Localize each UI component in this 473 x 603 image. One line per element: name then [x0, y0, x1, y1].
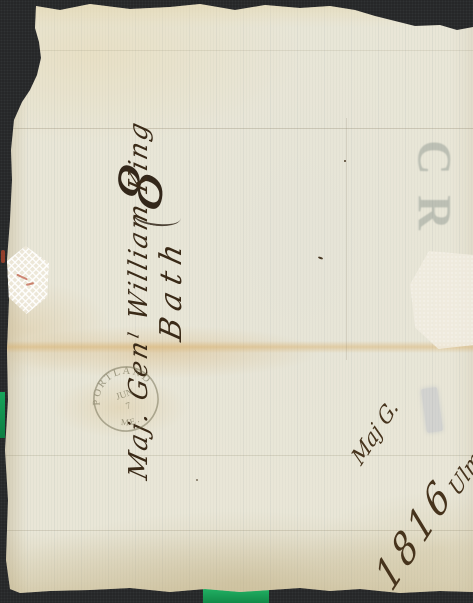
wafer-seal-remnant-left — [2, 246, 49, 314]
fold-crease — [0, 128, 473, 129]
fold-crease — [0, 50, 473, 51]
letter-paper: C R 8 Maj. Genˡ William King Bath PORTLA… — [0, 0, 473, 603]
vertical-crease — [346, 118, 347, 360]
seal-wax-trace — [26, 282, 34, 286]
ink-speck — [196, 479, 198, 481]
addressee-city: Bath — [154, 106, 189, 345]
fold-crease — [0, 455, 473, 456]
watermark-letter: R — [407, 177, 462, 249]
red-edge-mark — [1, 250, 5, 263]
postmark-day: 7 — [125, 401, 133, 412]
stained-fold-band — [0, 341, 473, 353]
docket-sender: Maj G. — [347, 394, 402, 470]
seal-wax-trace — [16, 274, 28, 281]
faint-blue-mark — [421, 387, 443, 433]
green-edge-mark — [0, 392, 5, 438]
docket-year: 1816 — [368, 468, 462, 600]
ink-speck — [318, 256, 323, 260]
ink-speck — [344, 160, 346, 162]
postmark-month: JUN — [115, 388, 135, 403]
wafer-seal-remnant-right — [410, 251, 473, 349]
scan-background: C R 8 Maj. Genˡ William King Bath PORTLA… — [0, 0, 473, 603]
paper-watermark: C R — [398, 130, 470, 240]
